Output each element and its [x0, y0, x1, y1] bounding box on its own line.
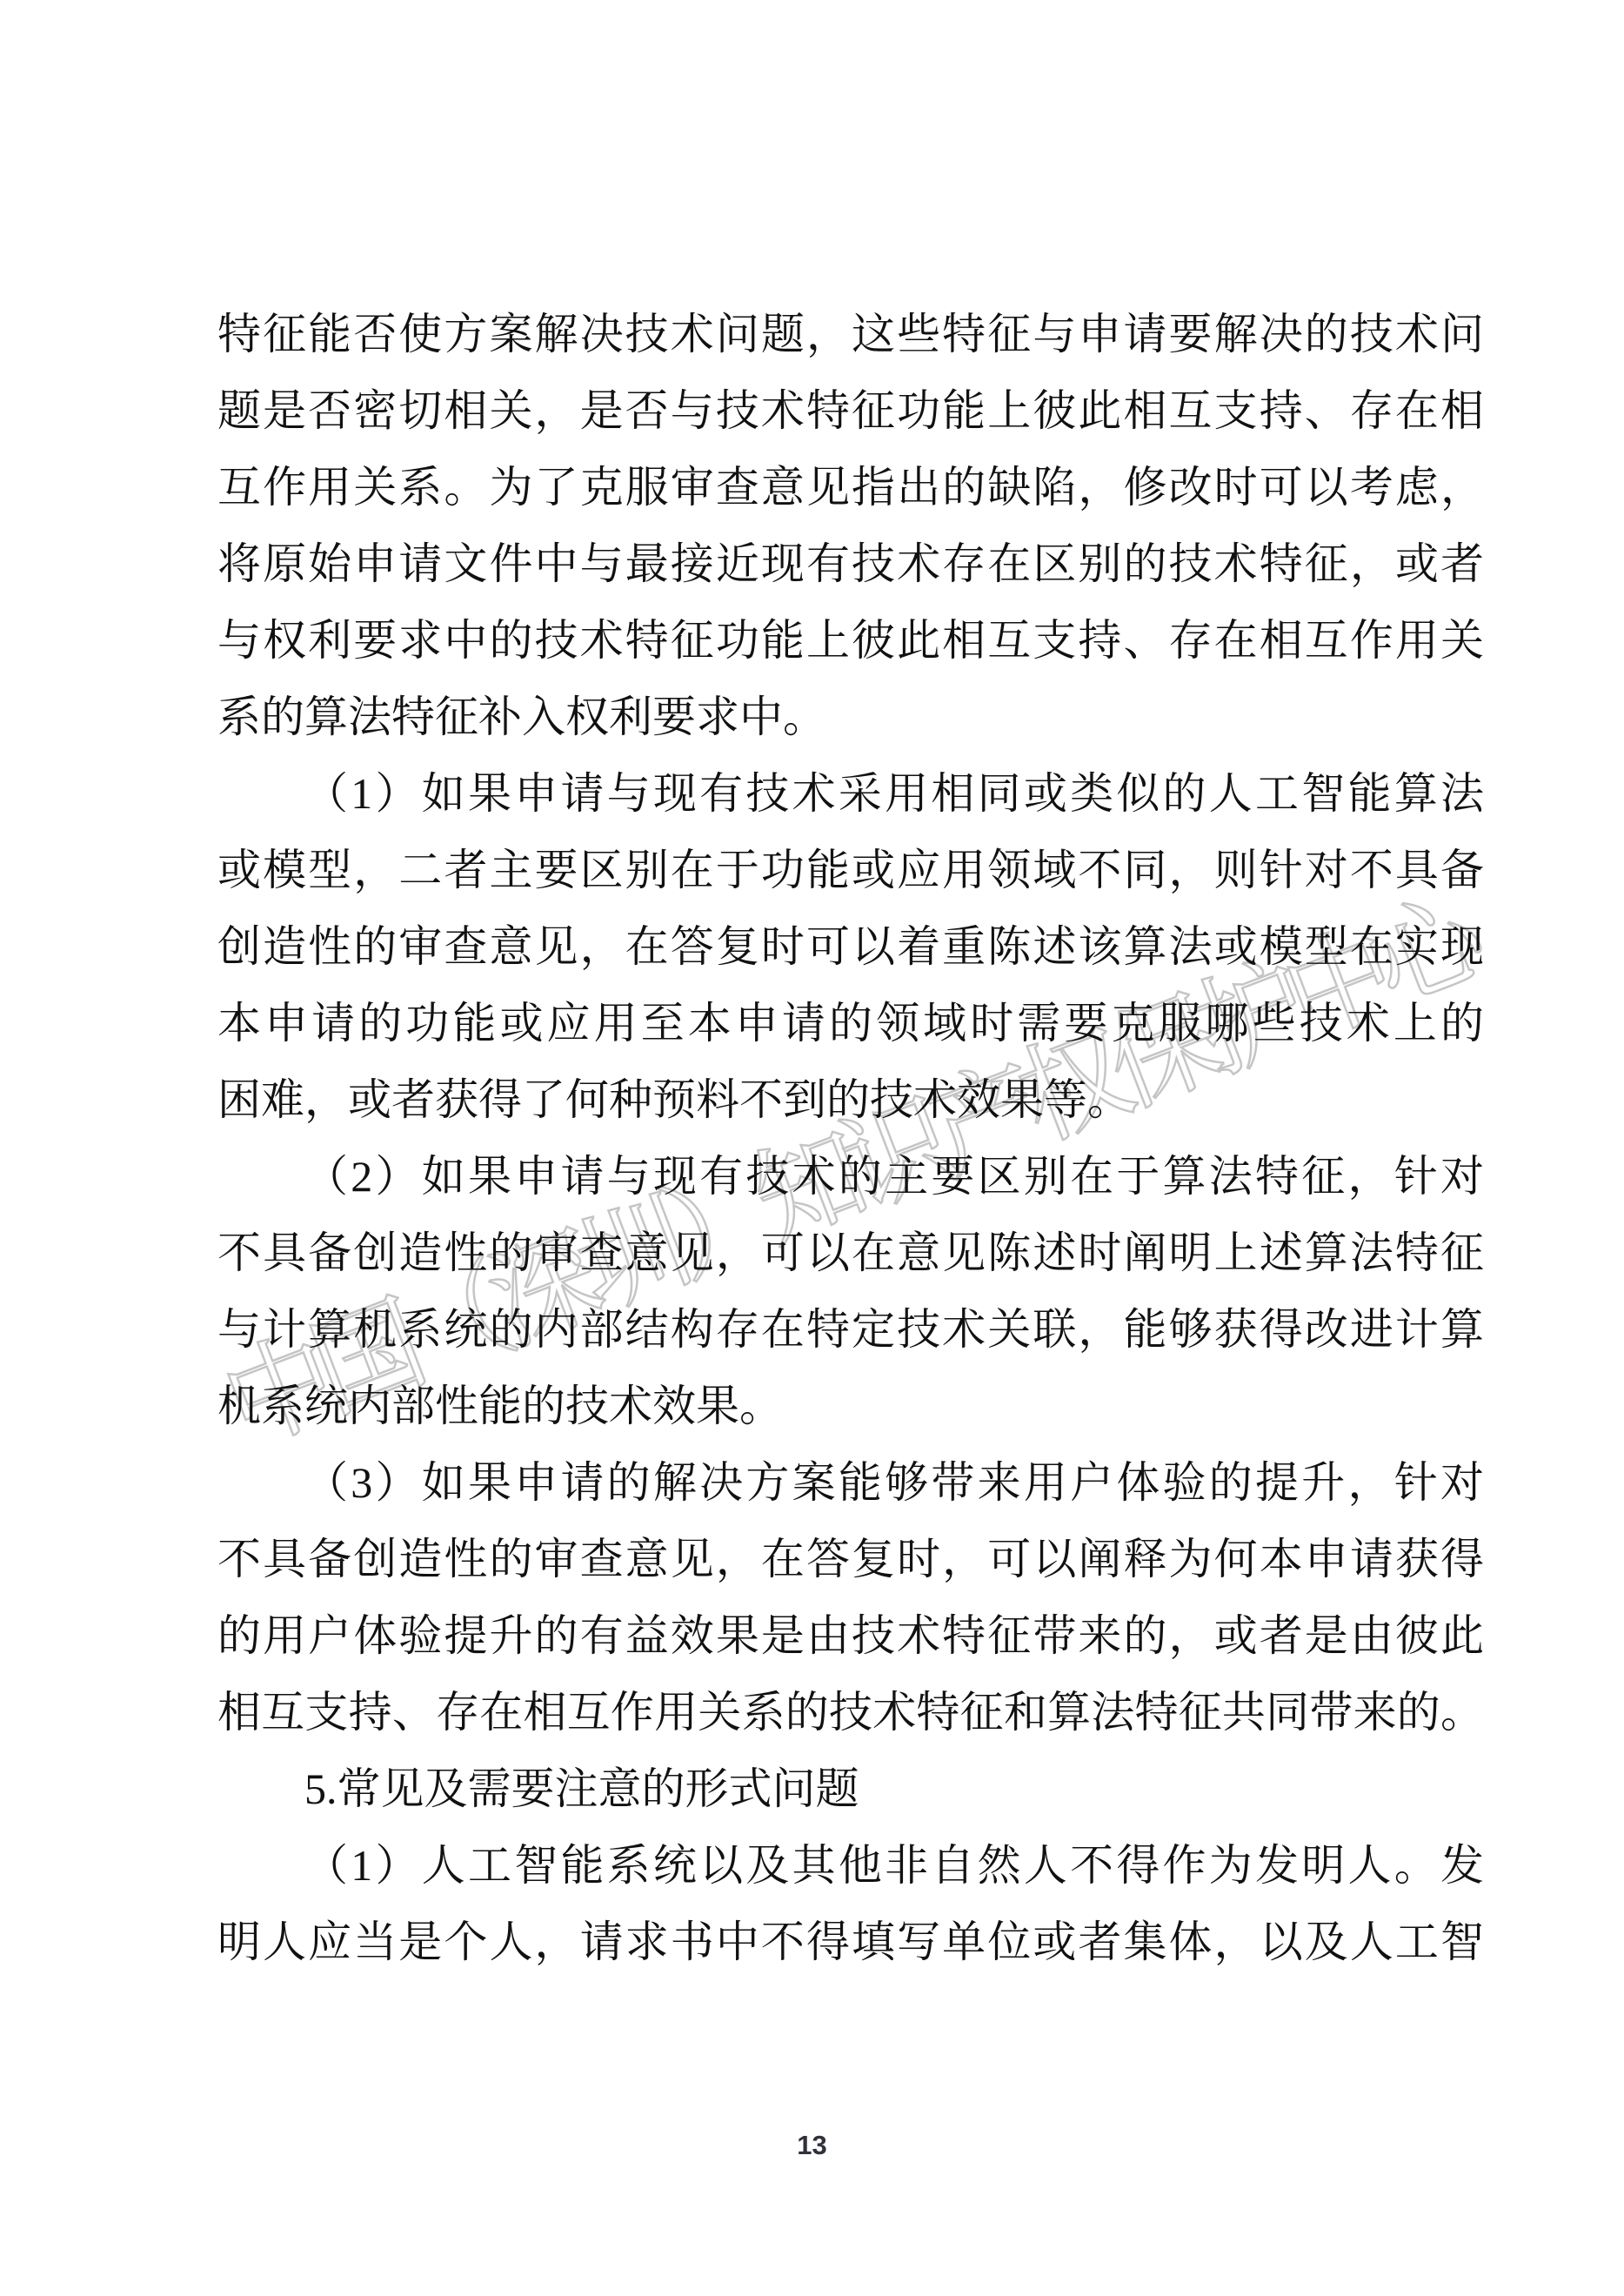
text-line: 相互支持、存在相互作用关系的技术特征和算法特征共同带来的。 — [217, 1674, 1484, 1750]
text-line: （3）如果申请的解决方案能够带来用户体验的提升，针对 — [217, 1444, 1484, 1521]
text-line: 困难，或者获得了何种预料不到的技术效果等。 — [217, 1061, 1484, 1138]
text-block: 特征能否使方案解决技术问题，这些特征与申请要解决的技术问题是否密切相关，是否与技… — [217, 296, 1484, 1980]
text-line: 创造性的审查意见，在答复时可以着重陈述该算法或模型在实现 — [217, 908, 1484, 985]
text-line: 不具备创造性的审查意见，在答复时，可以阐释为何本申请获得 — [217, 1521, 1484, 1597]
text-line: 不具备创造性的审查意见，可以在意见陈述时阐明上述算法特征 — [217, 1215, 1484, 1291]
text-line: 的用户体验提升的有益效果是由技术特征带来的，或者是由彼此 — [217, 1597, 1484, 1674]
text-line: 题是否密切相关，是否与技术特征功能上彼此相互支持、存在相 — [217, 372, 1484, 449]
text-line: 5.常见及需要注意的形式问题 — [217, 1750, 1484, 1827]
text-line: 互作用关系。为了克服审查意见指出的缺陷，修改时可以考虑， — [217, 449, 1484, 525]
text-line: （1）如果申请与现有技术采用相同或类似的人工智能算法 — [217, 755, 1484, 832]
text-line: （1）人工智能系统以及其他非自然人不得作为发明人。发 — [217, 1827, 1484, 1904]
text-line: 本申请的功能或应用至本申请的领域时需要克服哪些技术上的 — [217, 985, 1484, 1061]
text-line: 机系统内部性能的技术效果。 — [217, 1368, 1484, 1444]
text-line: 特征能否使方案解决技术问题，这些特征与申请要解决的技术问 — [217, 296, 1484, 372]
text-line: 或模型，二者主要区别在于功能或应用领域不同，则针对不具备 — [217, 832, 1484, 908]
text-line: 明人应当是个人，请求书中不得填写单位或者集体，以及人工智 — [217, 1904, 1484, 1980]
text-line: 与权利要求中的技术特征功能上彼此相互支持、存在相互作用关 — [217, 602, 1484, 679]
text-line: 系的算法特征补入权利要求中。 — [217, 679, 1484, 755]
text-line: 与计算机系统的内部结构存在特定技术关联，能够获得改进计算 — [217, 1291, 1484, 1368]
text-line: 将原始申请文件中与最接近现有技术存在区别的技术特征，或者 — [217, 525, 1484, 602]
text-line: （2）如果申请与现有技术的主要区别在于算法特征，针对 — [217, 1138, 1484, 1215]
document-page: 中国（深圳）知识产权保护中心 特征能否使方案解决技术问题，这些特征与申请要解决的… — [0, 0, 1624, 2296]
page-number: 13 — [0, 2130, 1624, 2161]
